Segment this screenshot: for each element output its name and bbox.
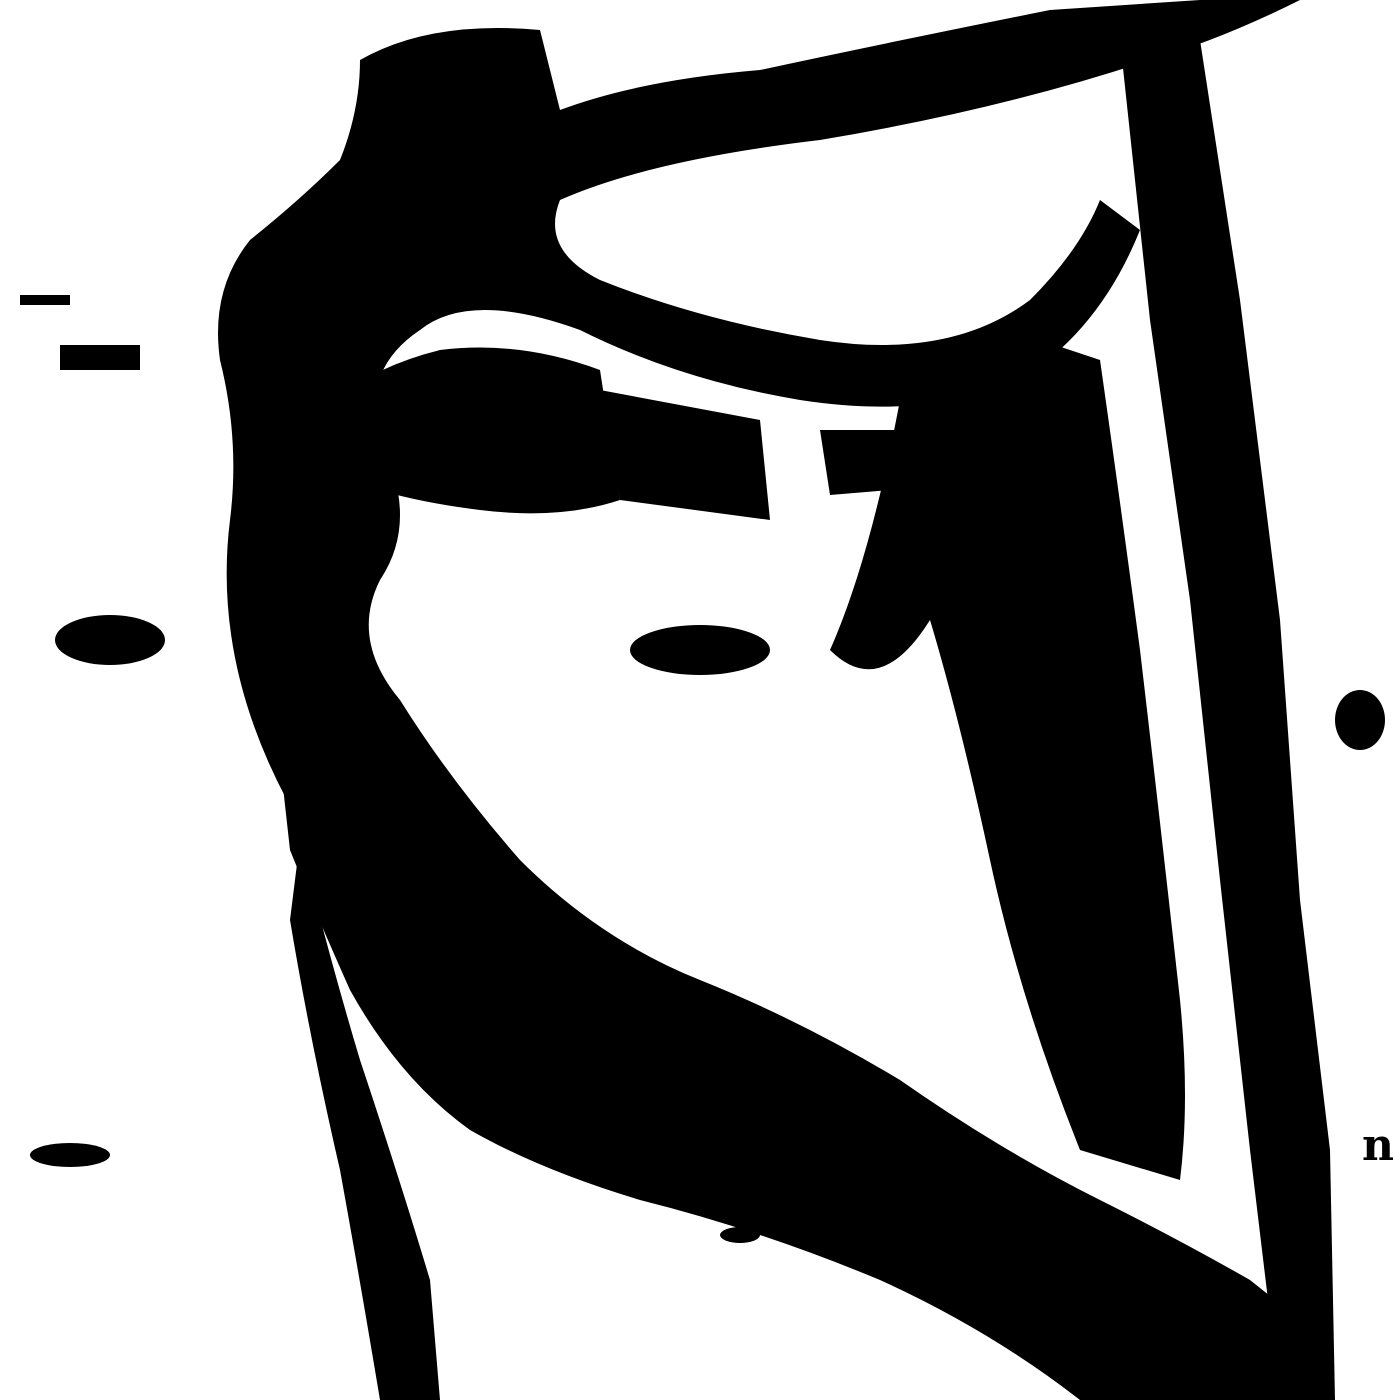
- ink-artwork: [0, 0, 1400, 1400]
- artwork-canvas: n: [0, 0, 1400, 1400]
- edge-glyph: n: [1362, 1120, 1394, 1171]
